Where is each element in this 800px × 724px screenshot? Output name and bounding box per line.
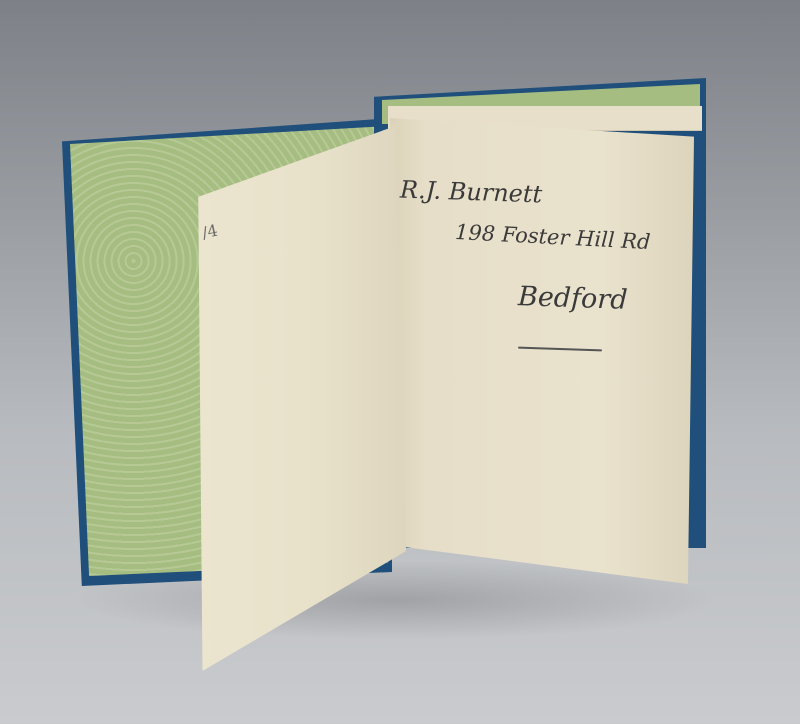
inscription-name: R.J. Burnett: [400, 176, 543, 209]
inscription-town: Bedford: [517, 281, 628, 316]
book-photo: /4 R.J. Burnett 198 Foster Hill Rd Bedfo…: [0, 0, 800, 724]
